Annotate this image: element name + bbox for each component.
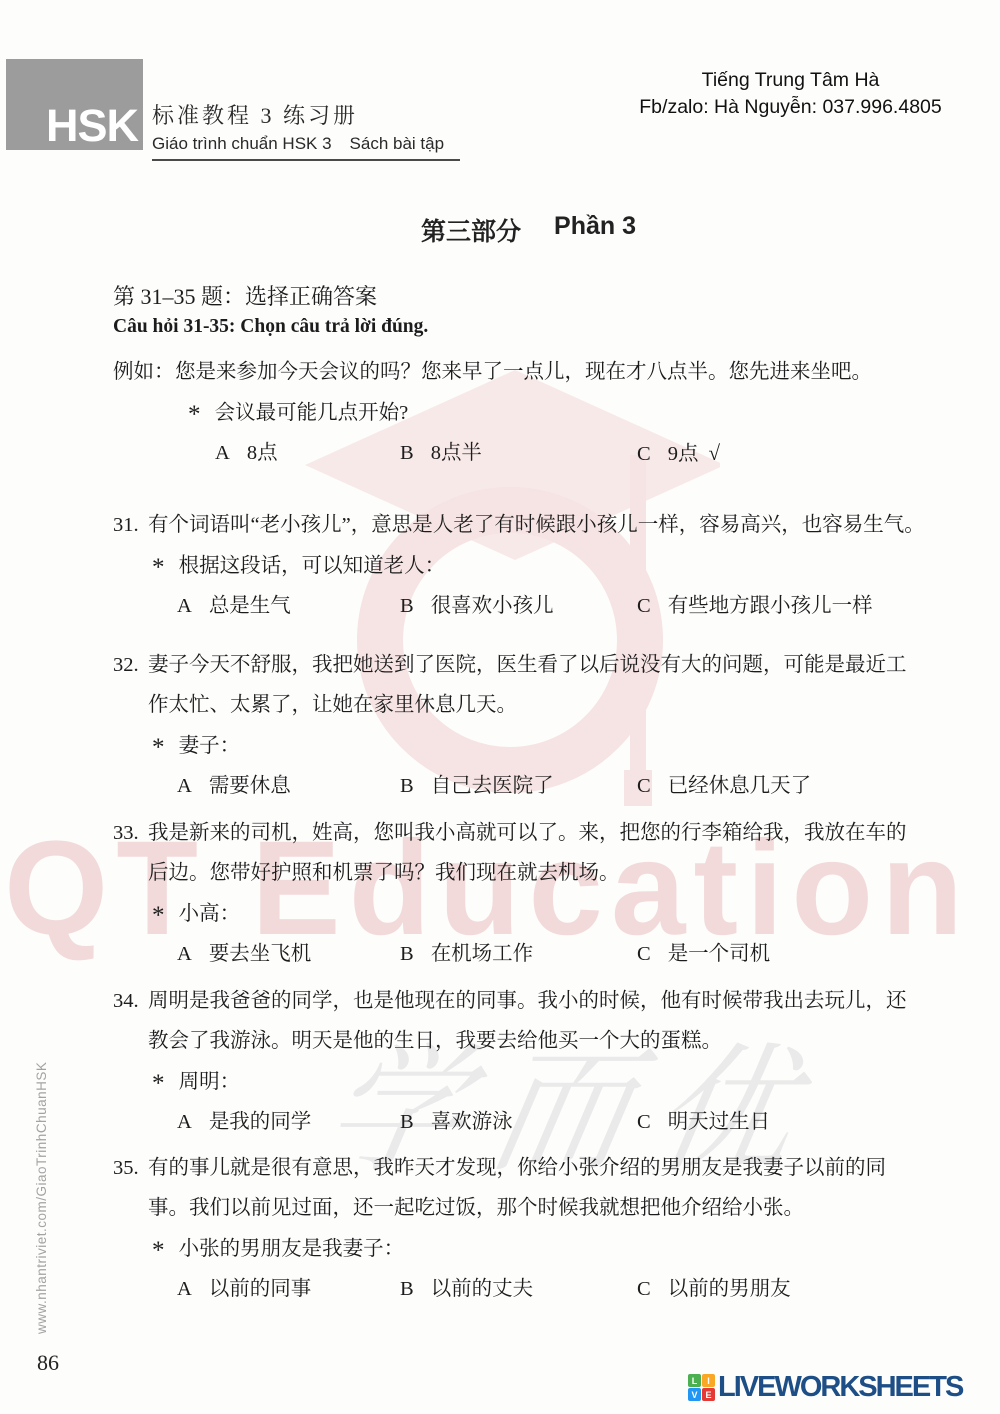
- asterisk-marker: *: [152, 554, 165, 581]
- section-title-vi: Phần 3: [554, 212, 636, 248]
- worksheet-page: QT Education 学而优 HSK 标准教程 3 练习册 Giáo trì…: [0, 0, 1000, 1414]
- question-options: A以前的同事 B以前的丈夫 C以前的男朋友: [113, 1269, 933, 1309]
- asterisk-marker: *: [152, 1070, 165, 1097]
- asterisk-marker: *: [152, 734, 165, 761]
- question-passage: 妻子今天不舒服，我把她送到了医院，医生看了以后说没有大的问题，可能是最近工: [148, 645, 907, 685]
- question-passage-line2: 教会了我游泳。明天是他的生日，我要去给他买一个大的蛋糕。: [113, 1021, 933, 1061]
- hsk-logo-text: HSK: [46, 102, 138, 150]
- hsk-logo-block: HSK: [6, 59, 143, 150]
- q33-option-b[interactable]: B在机场工作: [400, 934, 533, 974]
- center-name: Tiếng Trung Tâm Hà: [598, 67, 983, 94]
- question-31: 31. 有个词语叫“老小孩儿”，意思是人老了有时候跟小孩儿一样，容易高兴，也容易…: [113, 505, 933, 626]
- q33-option-a[interactable]: A要去坐飞机: [177, 934, 311, 974]
- page-content: HSK 标准教程 3 练习册 Giáo trình chuẩn HSK 3 Sá…: [0, 0, 1000, 1414]
- series-title-vi: Giáo trình chuẩn HSK 3 Sách bài tập: [152, 134, 460, 154]
- instruction-vi: Câu hỏi 31-35: Chọn câu trả lời đúng.: [113, 316, 428, 338]
- q33-option-c[interactable]: C是一个司机: [637, 934, 770, 974]
- asterisk-marker: *: [152, 1237, 165, 1264]
- question-number: 31.: [113, 505, 148, 545]
- question-35: 35. 有的事儿就是很有意思，我昨天才发现，你给小张介绍的男朋友是我妻子以前的同…: [113, 1148, 933, 1309]
- q34-option-a[interactable]: A是我的同学: [177, 1102, 311, 1142]
- example-option-a[interactable]: A8点: [215, 433, 278, 473]
- question-passage-line2: 后边。您带好护照和机票了吗？我们现在就去机场。: [113, 853, 933, 893]
- question-passage: 有的事儿就是很有意思，我昨天才发现，你给小张介绍的男朋友是我妻子以前的同: [148, 1148, 886, 1188]
- question-options: A是我的同学 B喜欢游泳 C明天过生日: [113, 1102, 933, 1142]
- question-number: 34.: [113, 981, 148, 1021]
- example-passage: 您是来参加今天会议的吗？您来早了一点儿，现在才八点半。您先进来坐吧。: [175, 352, 872, 392]
- question-number: 33.: [113, 813, 148, 853]
- series-title-vi-right: Sách bài tập: [350, 134, 445, 154]
- question-32: 32. 妻子今天不舒服，我把她送到了医院，医生看了以后说没有大的问题，可能是最近…: [113, 645, 933, 806]
- question-34: 34. 周明是我爸爸的同学，也是他现在的同事。我小的时候，他有时候带我出去玩儿，…: [113, 981, 933, 1142]
- section-instructions: 第 31–35 题：选择正确答案 Câu hỏi 31-35: Chọn câu…: [113, 280, 428, 338]
- example-option-b[interactable]: B8点半: [400, 433, 482, 473]
- question-passage-line2: 事。我们以前见过面，还一起吃过饭，那个时候我就想把他介绍给小张。: [113, 1188, 933, 1228]
- series-title-vi-left: Giáo trình chuẩn HSK 3: [152, 134, 332, 154]
- question-passage: 我是新来的司机，姓高，您叫我小高就可以了。来，把您的行李箱给我，我放在车的: [148, 813, 907, 853]
- q35-option-a[interactable]: A以前的同事: [177, 1269, 311, 1309]
- center-contact: Fb/zalo: Hà Nguyễn: 037.996.4805: [598, 94, 983, 121]
- question-prompt: * 周明：: [113, 1061, 933, 1102]
- liveworksheets-wordmark: LIVEWORKSHEETS: [718, 1371, 962, 1404]
- example-options: A8点 B8点半 C9点√: [113, 433, 923, 473]
- section-title: 第三部分 Phần 3: [421, 212, 636, 248]
- question-options: A要去坐飞机 B在机场工作 C是一个司机: [113, 934, 933, 974]
- question-33: 33. 我是新来的司机，姓高，您叫我小高就可以了。来，把您的行李箱给我，我放在车…: [113, 813, 933, 974]
- question-passage-line2: 作太忙、太累了，让她在家里休息几天。: [113, 685, 933, 725]
- series-title: 标准教程 3 练习册 Giáo trình chuẩn HSK 3 Sách b…: [152, 99, 460, 161]
- q35-option-b[interactable]: B以前的丈夫: [400, 1269, 533, 1309]
- question-passage: 周明是我爸爸的同学，也是他现在的同事。我小的时候，他有时候带我出去玩儿，还: [148, 981, 907, 1021]
- q32-option-c[interactable]: C已经休息几天了: [637, 766, 811, 806]
- example-option-c[interactable]: C9点√: [637, 433, 720, 474]
- question-prompt: * 根据这段话，可以知道老人：: [113, 545, 933, 586]
- q32-option-a[interactable]: A需要休息: [177, 766, 291, 806]
- example-label: 例如：: [113, 352, 175, 392]
- q31-option-c[interactable]: C有些地方跟小孩儿一样: [637, 586, 873, 626]
- question-passage: 有个词语叫“老小孩儿”，意思是人老了有时候跟小孩儿一样，容易高兴，也容易生气。: [148, 505, 925, 545]
- q34-option-b[interactable]: B喜欢游泳: [400, 1102, 513, 1142]
- q35-option-c[interactable]: C以前的男朋友: [637, 1269, 791, 1309]
- asterisk-marker: *: [188, 401, 201, 428]
- section-title-zh: 第三部分: [421, 212, 521, 248]
- q34-option-c[interactable]: C明天过生日: [637, 1102, 770, 1142]
- question-prompt: * 小张的男朋友是我妻子：: [113, 1228, 933, 1269]
- question-number: 35.: [113, 1148, 148, 1188]
- q31-option-a[interactable]: A总是生气: [177, 586, 291, 626]
- publisher-url: www.nhantriviet.com/GiaoTrinhChuanHSK: [34, 1032, 49, 1334]
- question-prompt: * 小高：: [113, 893, 933, 934]
- question-prompt: * 妻子：: [113, 725, 933, 766]
- center-contact-block: Tiếng Trung Tâm Hà Fb/zalo: Hà Nguyễn: 0…: [598, 67, 983, 121]
- q31-option-b[interactable]: B很喜欢小孩儿: [400, 586, 554, 626]
- page-number: 86: [37, 1350, 59, 1376]
- instruction-zh: 第 31–35 题：选择正确答案: [113, 280, 428, 311]
- asterisk-marker: *: [152, 902, 165, 929]
- check-mark: √: [708, 441, 720, 465]
- question-options: A总是生气 B很喜欢小孩儿 C有些地方跟小孩儿一样: [113, 586, 933, 626]
- liveworksheets-logo[interactable]: L I V E LIVEWORKSHEETS: [688, 1371, 962, 1404]
- q32-option-b[interactable]: B自己去医院了: [400, 766, 554, 806]
- question-number: 32.: [113, 645, 148, 685]
- example-question: * 会议最可能几点开始?: [113, 392, 923, 433]
- series-title-zh: 标准教程 3 练习册: [152, 99, 460, 130]
- liveworksheets-grid-icon: L I V E: [688, 1374, 715, 1401]
- example-block: 例如： 您是来参加今天会议的吗？您来早了一点儿，现在才八点半。您先进来坐吧。 *…: [113, 352, 923, 473]
- question-options: A需要休息 B自己去医院了 C已经休息几天了: [113, 766, 933, 806]
